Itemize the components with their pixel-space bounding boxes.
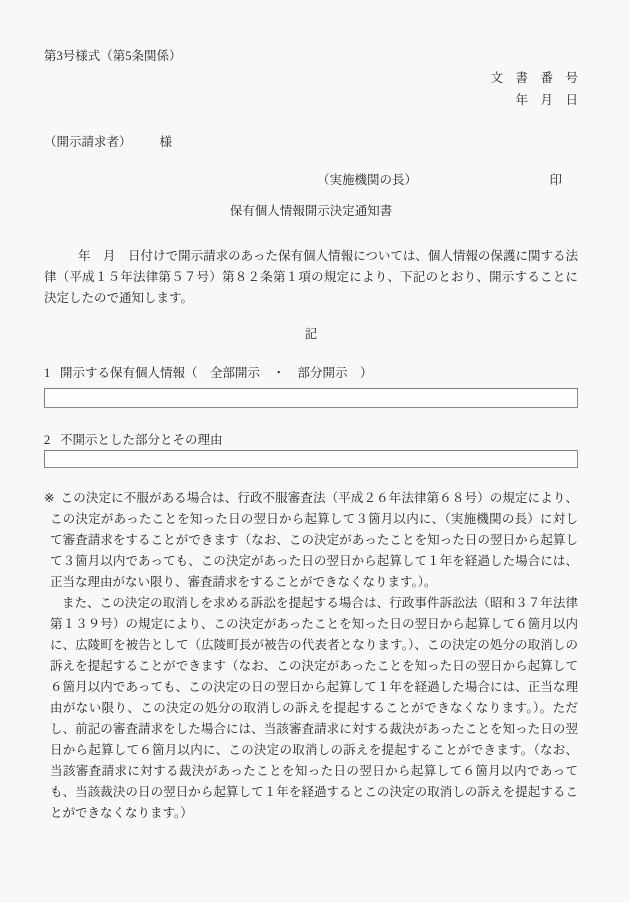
- note-paragraph-1: この決定に不服がある場合は、行政不服審査法（平成２６年法律第６８号）の規定により…: [50, 491, 578, 589]
- section-2-input-box[interactable]: [44, 450, 578, 468]
- appeal-note: ※この決定に不服がある場合は、行政不服審査法（平成２６年法律第６８号）の規定によ…: [50, 488, 578, 824]
- section-2-label: 2不開示とした部分とその理由: [44, 432, 578, 448]
- recipient-line: （開示請求者）様: [44, 134, 578, 150]
- note-marker: ※: [44, 491, 55, 505]
- document-page: 第3号様式（第5条関係） 文 書 番 号 年 月 日 （開示請求者）様 （実施機…: [0, 0, 630, 903]
- section-2-number: 2: [44, 432, 60, 448]
- section-1-number: 1: [44, 365, 60, 381]
- section-1-input-box[interactable]: [44, 388, 578, 408]
- seal-mark: 印: [549, 172, 562, 188]
- issuer-label: （実施機関の長）: [317, 172, 417, 188]
- recipient-label: （開示請求者）: [44, 135, 132, 149]
- document-content: 第3号様式（第5条関係） 文 書 番 号 年 月 日 （開示請求者）様 （実施機…: [44, 48, 578, 824]
- document-title: 保有個人情報開示決定通知書: [44, 203, 578, 219]
- form-number: 第3号様式（第5条関係）: [44, 48, 578, 64]
- note-paragraph-1-line: ※この決定に不服がある場合は、行政不服審査法（平成２６年法律第６８号）の規定によ…: [50, 488, 578, 593]
- ki-marker: 記: [44, 326, 578, 342]
- note-paragraph-2: また、この決定の取消しを求める訴訟を提起する場合は、行政事件訴訟法（昭和３７年法…: [50, 593, 578, 824]
- body-paragraph: 年 月 日付けで開示請求のあった保有個人情報については、個人情報の保護に関する法…: [44, 246, 578, 309]
- date-field: 年 月 日: [44, 92, 578, 108]
- recipient-honorific: 様: [160, 135, 173, 149]
- section-1-title: 開示する保有個人情報（ 全部開示 ・ 部分開示 ）: [60, 366, 373, 380]
- section-1-label: 1開示する保有個人情報（ 全部開示 ・ 部分開示 ）: [44, 365, 578, 381]
- document-number-field: 文 書 番 号: [44, 70, 578, 86]
- section-2-title: 不開示とした部分とその理由: [60, 433, 223, 447]
- issuer-line: （実施機関の長） 印: [44, 172, 578, 188]
